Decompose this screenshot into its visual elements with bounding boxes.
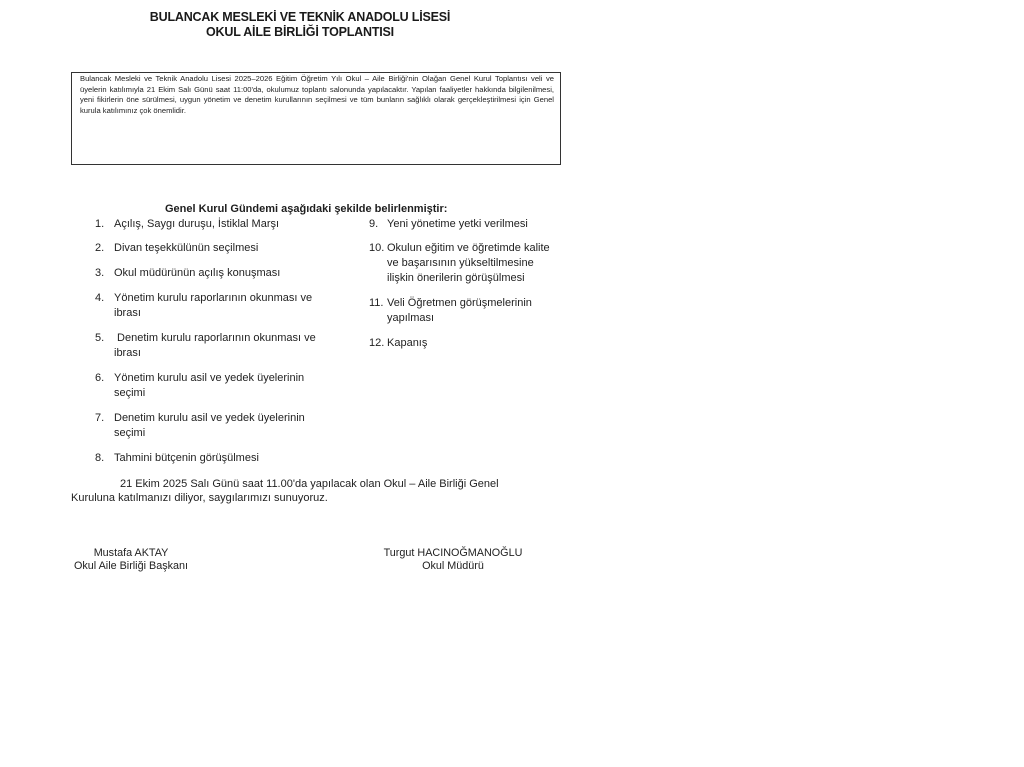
agenda-item-text: Açılış, Saygı duruşu, İstiklal Marşı: [114, 217, 279, 232]
intro-paragraph: Bulancak Mesleki ve Teknik Anadolu Lises…: [80, 74, 554, 116]
agenda-item-text: Kapanış: [387, 336, 427, 351]
agenda-item-number: 3.: [95, 266, 104, 281]
agenda-item-number: 1.: [95, 217, 104, 232]
agenda-item-number: 11.: [369, 296, 383, 311]
agenda-heading: Genel Kurul Gündemi aşağıdaki şekilde be…: [165, 203, 447, 215]
school-name-heading: BULANCAK MESLEKİ VE TEKNİK ANADOLU LİSES…: [100, 10, 500, 25]
agenda-item-text: Veli Öğretmen görüşmelerinin: [387, 296, 532, 311]
agenda-item-text: Yönetim kurulu raporlarının okunması ve: [114, 291, 312, 306]
agenda-item-text: ibrası: [114, 346, 141, 361]
agenda-item-text: ibrası: [114, 306, 141, 321]
agenda-item-number: 7.: [95, 411, 104, 426]
agenda-item-number: 4.: [95, 291, 104, 306]
agenda-item-text: Okul müdürünün açılış konuşması: [114, 266, 280, 281]
intro-text-box: Bulancak Mesleki ve Teknik Anadolu Lises…: [71, 72, 561, 165]
agenda-item-number: 6.: [95, 371, 104, 386]
agenda-item-text: Yeni yönetime yetki verilmesi: [387, 217, 528, 232]
signer-name: Mustafa AKTAY: [64, 547, 198, 560]
agenda-item-number: 12.: [369, 336, 384, 351]
agenda-item-number: 2.: [95, 241, 104, 256]
agenda-item-text: Divan teşekkülünün seçilmesi: [114, 241, 258, 256]
agenda-item-text: ve başarısının yükseltilmesine: [387, 256, 534, 271]
agenda-item-number: 8.: [95, 451, 104, 466]
signer-role: Okul Müdürü: [378, 560, 528, 573]
agenda-item-text: ilişkin önerilerin görüşülmesi: [387, 271, 525, 286]
agenda-item-text: Tahmini bütçenin görüşülmesi: [114, 451, 259, 466]
signature-block-president: Mustafa AKTAY Okul Aile Birliği Başkanı: [64, 547, 198, 573]
meeting-title-heading: OKUL AİLE BİRLİĞİ TOPLANTISI: [100, 25, 500, 40]
agenda-item-number: 9.: [369, 217, 378, 232]
agenda-item-text: yapılması: [387, 311, 434, 326]
agenda-item-number: 10.: [369, 241, 384, 256]
signature-block-principal: Turgut HACINOĞMANOĞLU Okul Müdürü: [378, 547, 528, 573]
agenda-item-text: Denetim kurulu asil ve yedek üyelerinin: [114, 411, 305, 426]
agenda-item-number: 5.: [95, 331, 104, 346]
signer-role: Okul Aile Birliği Başkanı: [64, 560, 198, 573]
agenda-item-text: seçimi: [114, 386, 145, 401]
agenda-item-text: seçimi: [114, 426, 145, 441]
agenda-item-text: Okulun eğitim ve öğretimde kalite: [387, 241, 550, 256]
signer-name: Turgut HACINOĞMANOĞLU: [378, 547, 528, 560]
agenda-item-text: Yönetim kurulu asil ve yedek üyelerinin: [114, 371, 304, 386]
agenda-item-text: Denetim kurulu raporlarının okunması ve: [114, 331, 316, 346]
closing-paragraph: 21 Ekim 2025 Salı Günü saat 11.00'da yap…: [71, 478, 511, 505]
